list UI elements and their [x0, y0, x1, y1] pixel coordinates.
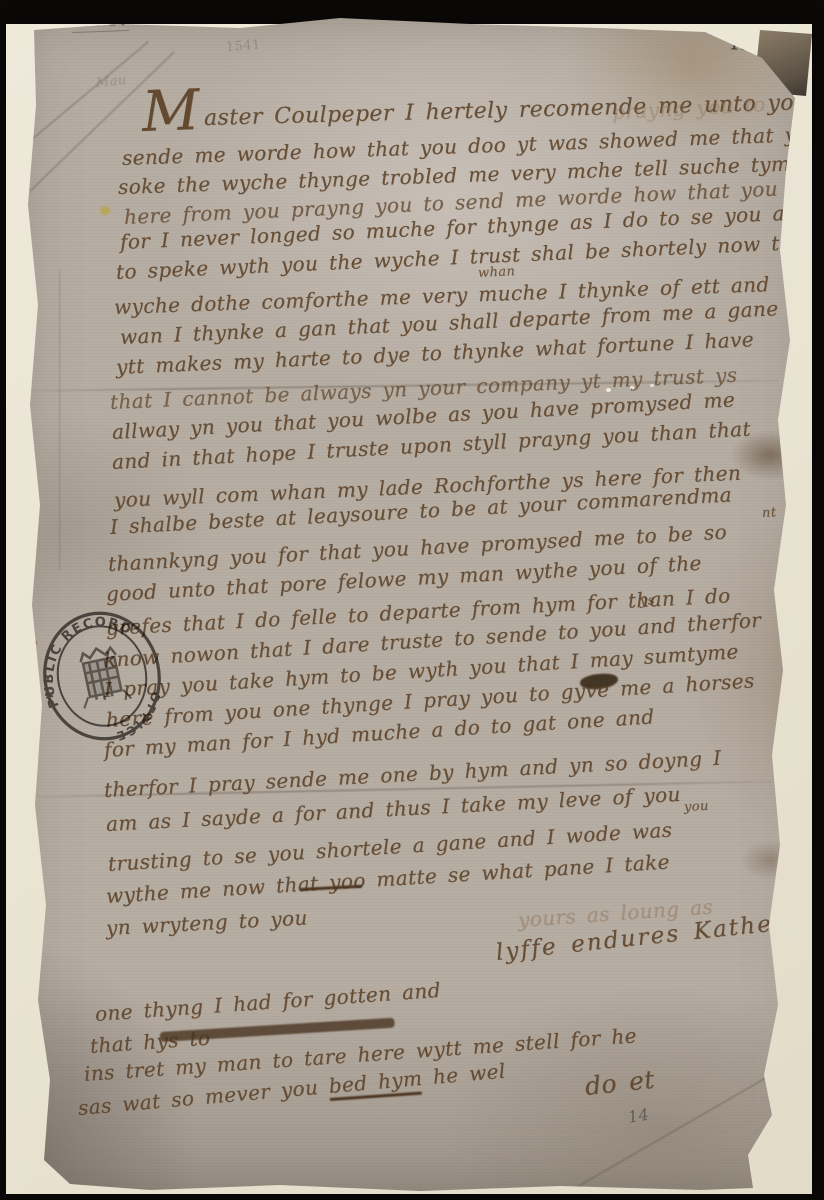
opening-initial: M [141, 78, 201, 145]
faint-note-mark: Mau [95, 73, 127, 91]
shelfmark-roman: XVI. [72, 6, 130, 33]
faint-year-mark: 1541 [225, 38, 261, 55]
interlineation: you [684, 799, 710, 815]
portcullis-emblem [73, 644, 132, 709]
parchment-page: XVI. 1134 1541 Mau 13 14 M aster Coulpep… [0, 0, 824, 1200]
interlineation: nt [762, 505, 777, 521]
struck-out-words [160, 1018, 395, 1042]
margin-crease [59, 271, 61, 571]
postscript-emphasis: do et [583, 1065, 655, 1101]
wax-stain [100, 206, 110, 215]
folio-number-bottom: 14 [626, 1104, 650, 1126]
manuscript-scan: XVI. 1134 1541 Mau 13 14 M aster Coulpep… [0, 0, 824, 1200]
manuscript-line: yn wryteng to you [105, 905, 308, 940]
interlineation: whan [478, 264, 516, 281]
